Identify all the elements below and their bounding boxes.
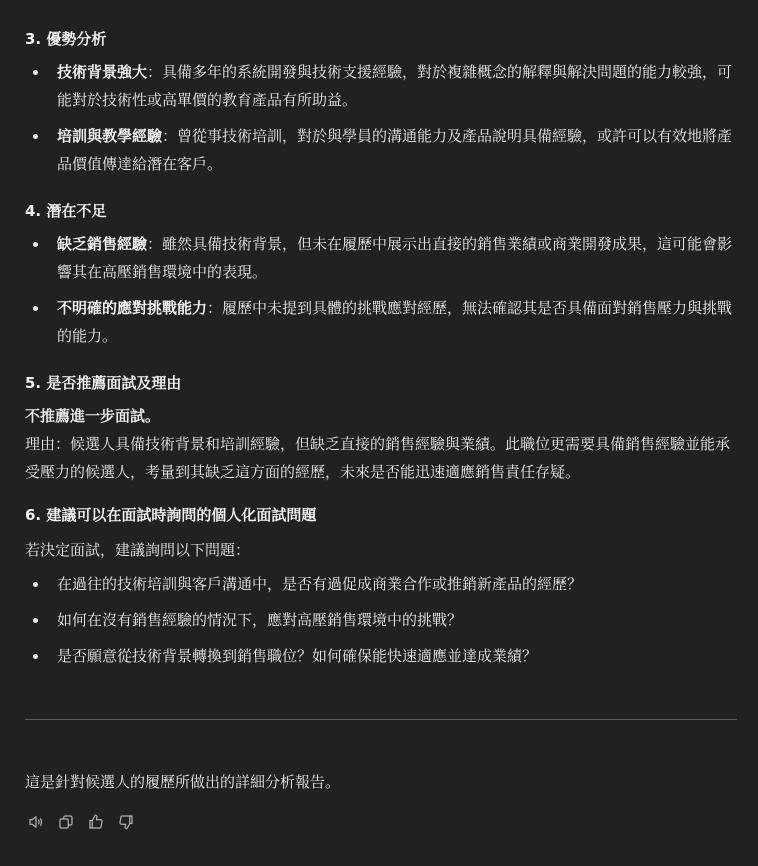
item-term: 培訓與教學經驗 (57, 127, 162, 145)
weaknesses-list: 缺乏銷售經驗：雖然具備技術背景，但未在履歷中展示出直接的銷售業績或商業開發成果，… (25, 230, 737, 350)
thumbs-down-icon (117, 813, 135, 831)
questions-list: 在過往的技術培訓與客戶溝通中，是否有過促成商業合作或推銷新產品的經歷？ 如何在沒… (25, 570, 737, 670)
questions-intro: 若決定面試，建議詢問以下問題： (25, 536, 737, 564)
questions-section: 6. 建議可以在面試時詢問的個人化面試問題 若決定面試，建議詢問以下問題： 在過… (25, 502, 737, 678)
list-item: 在過往的技術培訓與客戶溝通中，是否有過促成商業合作或推銷新產品的經歷？ (25, 570, 737, 598)
item-term: 缺乏銷售經驗 (57, 235, 147, 253)
bullet-icon (33, 306, 38, 311)
item-text: ：具備多年的系統開發與技術支援經驗，對於複雜概念的解釋與解決問題的能力較強，可能… (57, 63, 732, 109)
message-actions (25, 811, 137, 833)
closing-message: 這是針對候選人的履歷所做出的詳細分析報告。 (25, 768, 340, 796)
item-term: 不明確的應對挑戰能力 (57, 299, 207, 317)
item-text: ：雖然具備技術背景，但未在履歷中展示出直接的銷售業績或商業開發成果，這可能會影響… (57, 235, 732, 281)
thumbs-up-button[interactable] (85, 811, 107, 833)
copy-icon (57, 813, 75, 831)
list-item: 缺乏銷售經驗：雖然具備技術背景，但未在履歷中展示出直接的銷售業績或商業開發成果，… (25, 230, 737, 286)
question-text: 是否願意從技術背景轉換到銷售職位？如何確保能快速適應並達成業績？ (57, 647, 537, 665)
thumbs-down-button[interactable] (115, 811, 137, 833)
list-item: 是否願意從技術背景轉換到銷售職位？如何確保能快速適應並達成業績？ (25, 642, 737, 670)
list-item: 如何在沒有銷售經驗的情況下，應對高壓銷售環境中的挑戰？ (25, 606, 737, 634)
list-item: 技術背景強大：具備多年的系統開發與技術支援經驗，對於複雜概念的解釋與解決問題的能… (25, 58, 737, 114)
bullet-icon (33, 134, 38, 139)
bullet-icon (33, 618, 38, 623)
speaker-icon (27, 813, 45, 831)
copy-button[interactable] (55, 811, 77, 833)
list-item: 培訓與教學經驗：曾從事技術培訓，對於與學員的溝通能力及產品說明具備經驗，或許可以… (25, 122, 737, 178)
strengths-section: 3. 優勢分析 技術背景強大：具備多年的系統開發與技術支援經驗，對於複雜概念的解… (25, 26, 737, 186)
weaknesses-section: 4. 潛在不足 缺乏銷售經驗：雖然具備技術背景，但未在履歷中展示出直接的銷售業績… (25, 198, 737, 358)
question-text: 在過往的技術培訓與客戶溝通中，是否有過促成商業合作或推銷新產品的經歷？ (57, 575, 582, 593)
section-heading-weaknesses: 4. 潛在不足 (25, 198, 737, 224)
strengths-list: 技術背景強大：具備多年的系統開發與技術支援經驗，對於複雜概念的解釋與解決問題的能… (25, 58, 737, 178)
read-aloud-button[interactable] (25, 811, 47, 833)
thumbs-up-icon (87, 813, 105, 831)
bullet-icon (33, 242, 38, 247)
bullet-icon (33, 654, 38, 659)
divider (25, 719, 737, 720)
section-heading-recommendation: 5. 是否推薦面試及理由 (25, 370, 737, 396)
item-term: 技術背景強大 (57, 63, 147, 81)
section-heading-questions: 6. 建議可以在面試時詢問的個人化面試問題 (25, 502, 737, 528)
section-heading-strengths: 3. 優勢分析 (25, 26, 737, 52)
bullet-icon (33, 582, 38, 587)
bullet-icon (33, 70, 38, 75)
recommendation-verdict: 不推薦進一步面試。 (25, 402, 737, 430)
recommendation-reason: 理由：候選人具備技術背景和培訓經驗，但缺乏直接的銷售經驗與業績。此職位更需要具備… (25, 430, 737, 486)
question-text: 如何在沒有銷售經驗的情況下，應對高壓銷售環境中的挑戰？ (57, 611, 462, 629)
list-item: 不明確的應對挑戰能力：履歷中未提到具體的挑戰應對經歷，無法確認其是否具備面對銷售… (25, 294, 737, 350)
recommendation-section: 5. 是否推薦面試及理由 不推薦進一步面試。 理由：候選人具備技術背景和培訓經驗… (25, 370, 737, 486)
